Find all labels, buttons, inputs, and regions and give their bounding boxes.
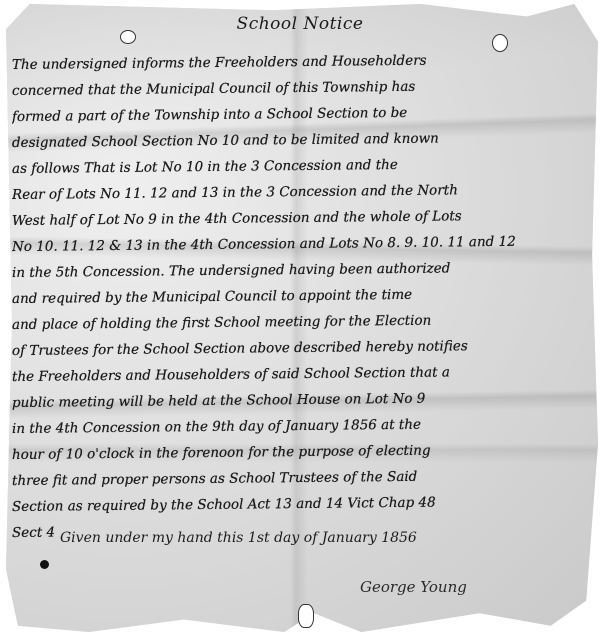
document-title: School Notice <box>0 14 600 34</box>
closing-line: Given under my hand this 1st day of Janu… <box>60 530 417 546</box>
document-body: The undersigned informs the Freeholders … <box>12 52 594 546</box>
signature: George Young <box>360 578 467 596</box>
ink-blot <box>40 560 49 569</box>
paper-hole <box>298 604 314 628</box>
